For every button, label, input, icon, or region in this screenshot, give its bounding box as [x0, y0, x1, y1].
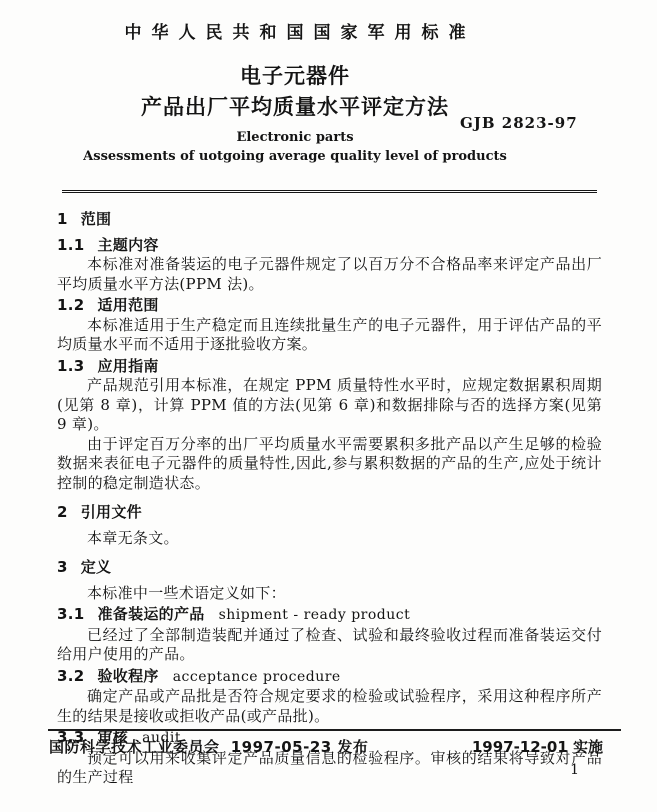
section-heading-1: 1范围 — [57, 210, 602, 230]
section-heading-1-3: 1.3应用指南 — [57, 357, 602, 377]
paragraph: 产品规范引用本标准，在规定 PPM 质量特性水平时，应规定数据累积周期(见第 8… — [57, 376, 602, 435]
section-heading-1-1: 1.1主题内容 — [57, 236, 602, 256]
section-number: 1 — [57, 210, 68, 228]
section-title: 定义 — [81, 558, 112, 576]
term-english: acceptance procedure — [173, 669, 341, 685]
section-title: 范围 — [81, 210, 112, 228]
issuing-authority: 国防科学技术工业委员会 — [49, 738, 220, 756]
section-number: 2 — [57, 503, 68, 521]
section-title: 主题内容 — [97, 236, 158, 254]
document-page: 中华人民共和国国家军用标准 电子元器件 产品出厂平均质量水平评定方法 Elect… — [0, 0, 657, 812]
paragraph: 本标准对准备装运的电子元器件规定了以百万分不合格品率来评定产品出厂平均质量水平方… — [57, 255, 602, 294]
paragraph: 已经过了全部制造装配并通过了检查、试验和最终验收过程而准备装运交付给用户使用的产… — [57, 626, 602, 665]
paragraph: 本标准适用于生产稳定而且连续批量生产的电子元器件，用于评估产品的平均质量水平而不… — [57, 316, 602, 355]
term-english: shipment - ready product — [219, 607, 411, 623]
section-title: 应用指南 — [97, 357, 158, 375]
document-header: 中华人民共和国国家军用标准 电子元器件 产品出厂平均质量水平评定方法 Elect… — [30, 0, 560, 166]
section-number: 3.1 — [57, 605, 84, 623]
section-heading-3-1: 3.1准备装运的产品shipment - ready product — [57, 605, 602, 626]
section-number: 1.1 — [57, 236, 84, 254]
section-number: 1.3 — [57, 357, 84, 375]
document-title-line1: 电子元器件 — [30, 61, 560, 91]
section-heading-3-2: 3.2验收程序acceptance procedure — [57, 667, 602, 688]
paragraph: 由于评定百万分率的出厂平均质量水平需要累积多批产品以产生足够的检验数据来表征电子… — [57, 435, 602, 494]
subtitle-english-line2: Assessments of uotgoing average quality … — [30, 147, 560, 166]
issue-info: 国防科学技术工业委员会 1997-05-23 发布 — [49, 738, 368, 756]
section-heading-2: 2引用文件 — [57, 503, 602, 523]
section-title: 适用范围 — [97, 296, 158, 314]
section-title: 引用文件 — [81, 503, 142, 521]
standard-type-heading: 中华人民共和国国家军用标准 — [30, 21, 560, 45]
implement-date: 1997-12-01 实施 — [472, 738, 603, 756]
section-number: 1.2 — [57, 296, 84, 314]
section-heading-1-2: 1.2适用范围 — [57, 296, 602, 316]
paragraph: 本章无条文。 — [57, 529, 602, 549]
paragraph: 确定产品或产品批是否符合规定要求的检验或试验程序，采用这种程序所产生的结果是接收… — [57, 687, 602, 726]
page-number: 1 — [570, 762, 579, 778]
term-chinese: 准备装运的产品 — [97, 605, 204, 623]
footer-divider — [48, 729, 621, 731]
term-chinese: 验收程序 — [97, 667, 158, 685]
document-footer: 国防科学技术工业委员会 1997-05-23 发布 1997-12-01 实施 — [49, 738, 603, 756]
section-number: 3.2 — [57, 667, 84, 685]
document-body: 1范围 1.1主题内容 本标准对准备装运的电子元器件规定了以百万分不合格品率来评… — [57, 200, 602, 788]
section-heading-3: 3定义 — [57, 558, 602, 578]
section-number: 3 — [57, 558, 68, 576]
header-divider — [62, 190, 597, 193]
issue-date: 1997-05-23 发布 — [231, 738, 369, 756]
paragraph: 本标准中一些术语定义如下： — [57, 584, 602, 604]
standard-number: GJB 2823-97 — [460, 114, 630, 132]
